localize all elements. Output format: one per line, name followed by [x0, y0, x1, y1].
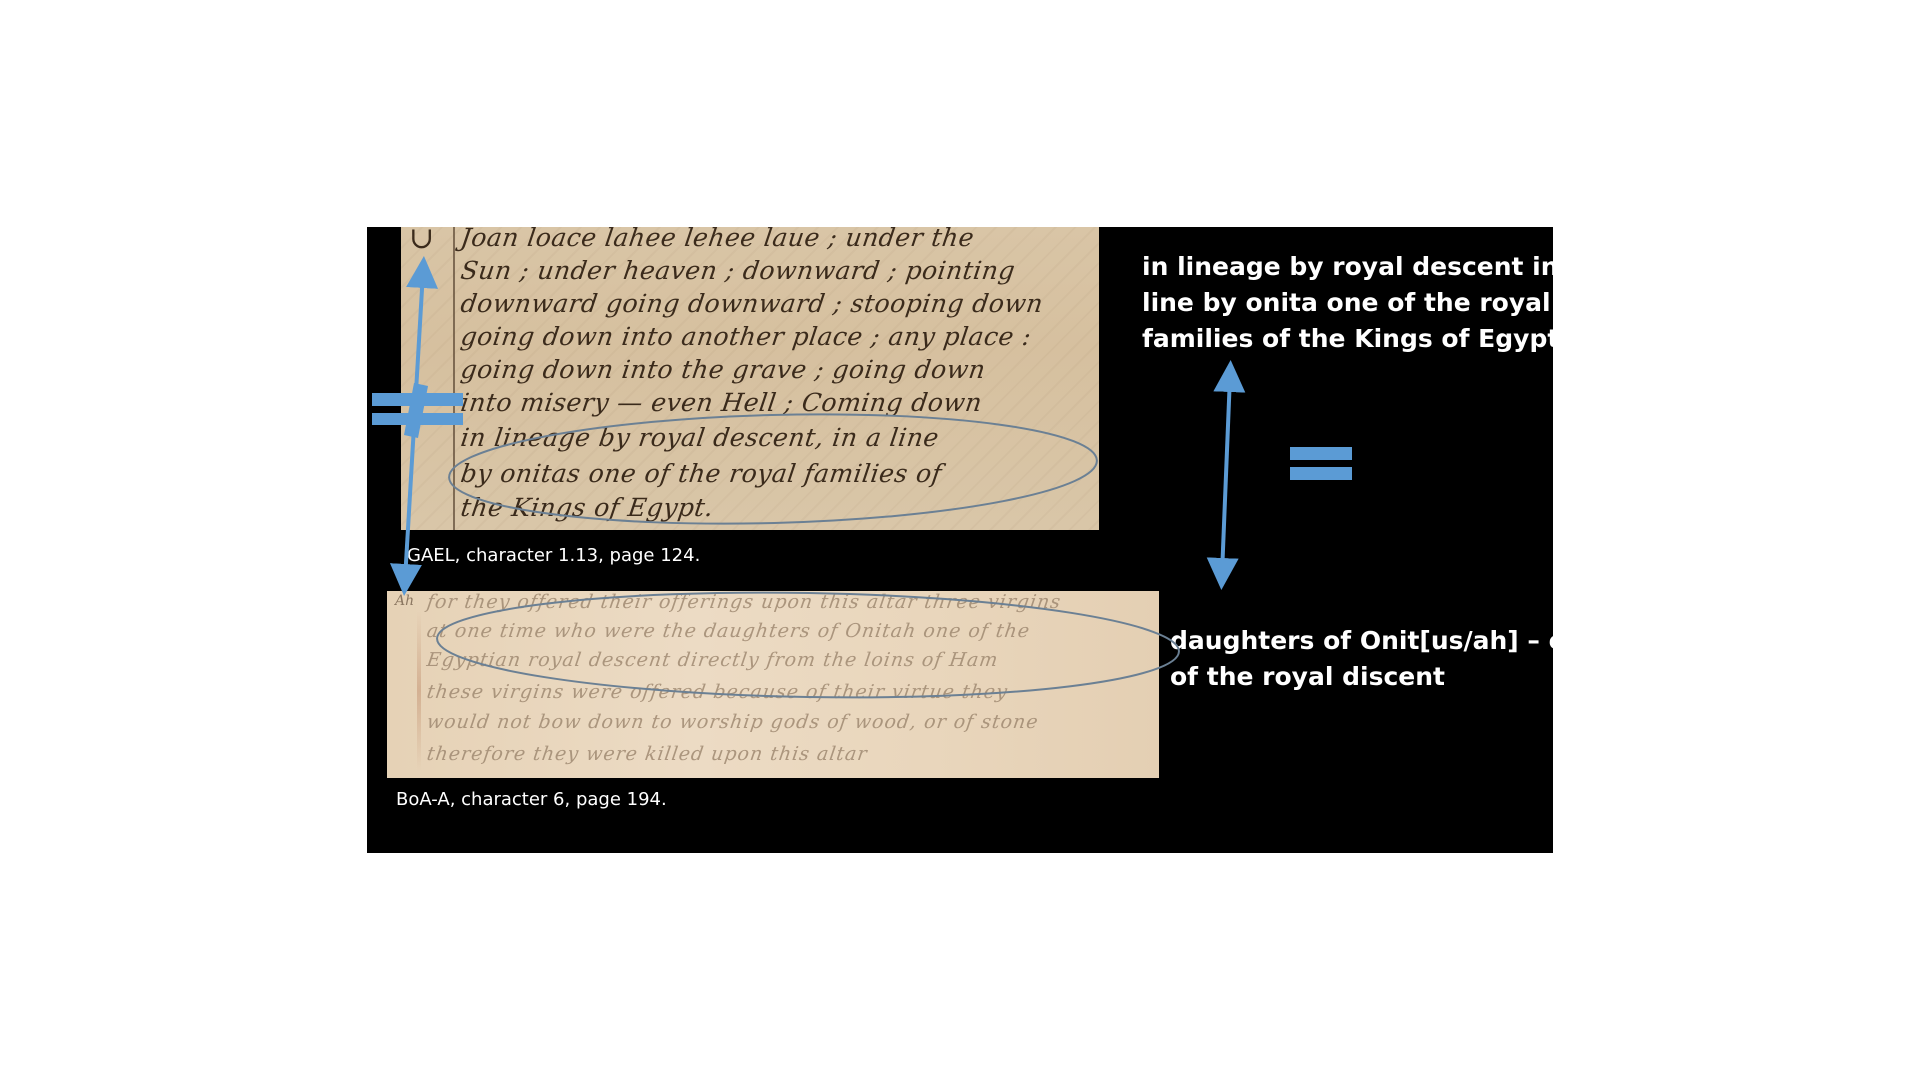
note-bottom: daughters of Onit[us/ah] – one of the ro…: [1170, 623, 1601, 695]
manuscript-line: by onitas one of the royal families of: [459, 459, 944, 488]
manuscript-image-gael: ∪ Joan loace lahee lehee laue ; under th…: [401, 227, 1099, 530]
manuscript-line: at one time who were the daughters of On…: [425, 620, 1031, 642]
caption-gael: GAEL, character 1.13, page 124.: [407, 545, 700, 566]
note-line: in lineage by royal descent in a: [1142, 249, 1584, 285]
note-line: families of the Kings of Egypt: [1142, 321, 1584, 357]
manuscript-line: Egyptian royal descent directly from the…: [425, 649, 999, 671]
note-line: line by onita one of the royal: [1142, 285, 1584, 321]
caption-boa: BoA-A, character 6, page 194.: [396, 789, 667, 810]
manuscript-line: into misery — even Hell ; Coming down: [459, 388, 984, 417]
manuscript-line: the Kings of Egypt.: [459, 493, 716, 522]
manuscript-line: going down into the grave ; going down: [459, 355, 987, 384]
manuscript-line: therefore they were killed upon this alt…: [425, 743, 869, 765]
note-line: daughters of Onit[us/ah] – one: [1170, 623, 1601, 659]
manuscript-line: these virgins were offered because of th…: [425, 681, 1009, 703]
margin-rule: [453, 227, 455, 530]
note-line: of the royal discent: [1170, 659, 1601, 695]
manuscript-line: downward going downward ; stooping down: [459, 289, 1045, 318]
slide-canvas: ∪ Joan loace lahee lehee laue ; under th…: [367, 227, 1553, 853]
manuscript-line: Joan loace lahee lehee laue ; under the: [459, 227, 976, 252]
manuscript-line: would not bow down to worship gods of wo…: [425, 711, 1040, 733]
manuscript-line: in lineage by royal descent, in a line: [459, 423, 941, 452]
manuscript-line: Sun ; under heaven ; downward ; pointing: [459, 256, 1017, 285]
manuscript-line: for they offered their offerings upon th…: [425, 591, 1062, 613]
manuscript-image-boa: Ah for they offered their offerings upon…: [387, 591, 1159, 778]
stain: [417, 611, 421, 771]
margin-mark: Ah: [395, 593, 414, 609]
note-top: in lineage by royal descent in a line by…: [1142, 249, 1584, 357]
manuscript-line: going down into another place ; any plac…: [459, 322, 1033, 351]
margin-mark: ∪: [409, 227, 434, 256]
